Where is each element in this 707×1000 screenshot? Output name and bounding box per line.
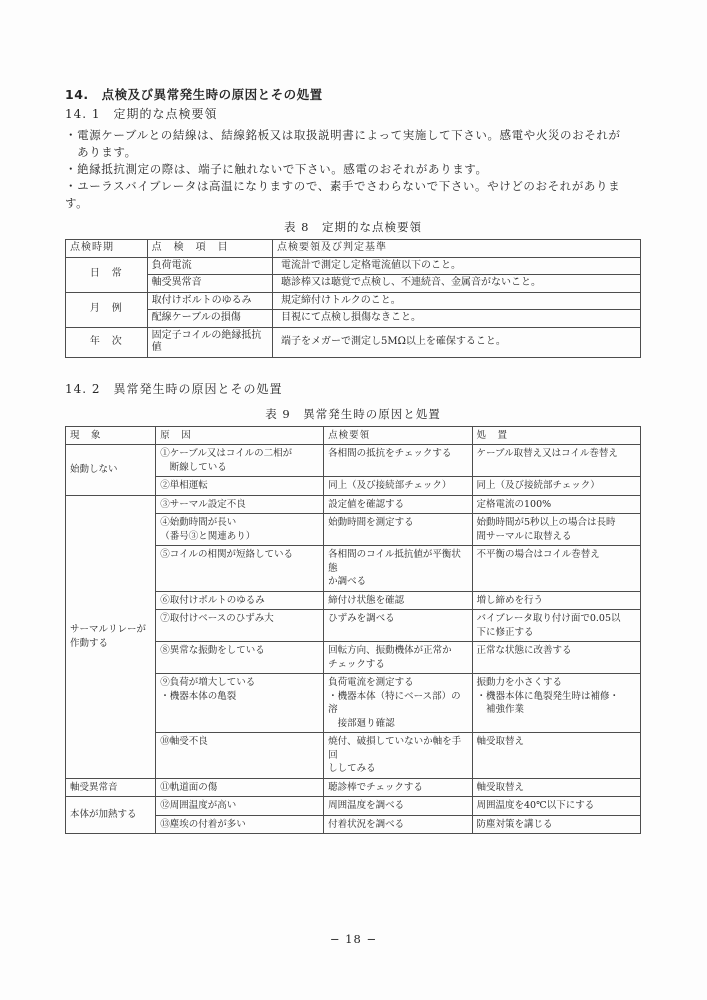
t8-header-timing: 点検時期 (66, 240, 148, 258)
table-row: 軸受異常音 ⑪軌道面の傷 聴診棒でチェックする 軸受取替え (66, 778, 641, 797)
precaution-item: ・ユーラスバイブレータは高温になりますので、素手でさわらないで下さい。やけどのお… (65, 178, 641, 212)
table-header-row: 点検時期 点 検 項 目 点検要領及び判定基準 (66, 240, 641, 258)
t9-check-cell: 負荷電流を測定する ・機器本体（特にベース部）の溶 接部廻り確認 (324, 674, 472, 733)
precaution-list: ・電源ケーブルとの結線は、結線銘板又は取扱説明書によって実施して下さい。感電や火… (65, 127, 641, 212)
t9-cause-cell: ⑦取付けベースのひずみ大 (156, 610, 324, 642)
t9-header-phenomenon: 現 象 (66, 426, 156, 445)
table9-caption: 表 9 異常発生時の原因と処置 (65, 406, 641, 423)
t9-action-cell: 正常な状態に改善する (472, 642, 641, 674)
table-row: 配線ケーブルの損傷 目視にて点検し損傷なきこと。 (66, 310, 641, 328)
precaution-item: ・絶縁抵抗測定の際は、端子に触れないで下さい。感電のおそれがあります。 (65, 161, 641, 178)
t9-action-cell: 同上（及び接続部チェック） (472, 477, 641, 496)
t9-action-cell: 増し締めを行う (472, 591, 641, 610)
t8-header-item: 点 検 項 目 (147, 240, 272, 258)
t9-check-cell: 聴診棒でチェックする (324, 778, 472, 797)
t8-timing-yearly: 年 次 (66, 327, 148, 357)
subsection-heading-14-2: 14. 2 異常発生時の原因とその処置 (65, 380, 641, 398)
table-row: 月 例 取付けボルトのゆるみ 規定締付けトルクのこと。 (66, 292, 641, 310)
t8-item-cell: 負荷電流 (147, 257, 272, 275)
t9-check-cell: 設定値を確認する (324, 495, 472, 514)
t9-action-cell: バイブレータ取り付け面で0.05以 下に修正する (472, 610, 641, 642)
t9-cause-cell: ②単相運転 (156, 477, 324, 496)
t9-phenomenon-no-start: 始動しない (66, 445, 156, 496)
t8-timing-daily: 日 常 (66, 257, 148, 292)
t9-cause-cell: ④始動時間が長い （番号③と関連あり） (156, 514, 324, 546)
table-header-row: 現 象 原 因 点検要領 処 置 (66, 426, 641, 445)
t9-check-cell: 回転方向、振動機体が正常か チェックする (324, 642, 472, 674)
table-row: 年 次 固定子コイルの絶縁抵抗値 端子をメガーで測定し5MΩ以上を確保すること。 (66, 327, 641, 357)
troubleshooting-table: 現 象 原 因 点検要領 処 置 始動しない ①ケーブル又はコイルの二相が 断線… (65, 426, 641, 835)
t8-criteria-cell: 端子をメガーで測定し5MΩ以上を確保すること。 (272, 327, 640, 357)
table-row: 本体が加熱する ⑫周囲温度が高い 周囲温度を調べる 周囲温度を40℃以下にする (66, 797, 641, 816)
t9-check-cell: 締付け状態を確認 (324, 591, 472, 610)
t9-header-cause: 原 因 (156, 426, 324, 445)
precaution-item: ・電源ケーブルとの結線は、結線銘板又は取扱説明書によって実施して下さい。感電や火… (65, 127, 641, 161)
t9-cause-cell: ⑫周囲温度が高い (156, 797, 324, 816)
t8-criteria-cell: 目視にて点検し損傷なきこと。 (272, 310, 640, 328)
subsection-heading-14-1: 14. 1 定期的な点検要領 (65, 105, 641, 123)
t9-header-action: 処 置 (472, 426, 641, 445)
t9-cause-cell: ⑤コイルの相関が短絡している (156, 546, 324, 592)
t9-check-cell: 付着状況を調べる (324, 815, 472, 834)
t9-cause-cell: ⑧異常な振動をしている (156, 642, 324, 674)
t9-check-cell: 各相間のコイル抵抗値が平衡状態 か調べる (324, 546, 472, 592)
t9-action-cell: 防塵対策を講じる (472, 815, 641, 834)
periodic-inspection-table: 点検時期 点 検 項 目 点検要領及び判定基準 日 常 負荷電流 電流計で測定し… (65, 239, 641, 358)
t9-header-check: 点検要領 (324, 426, 472, 445)
table-row: 日 常 負荷電流 電流計で測定し定格電流値以下のこと。 (66, 257, 641, 275)
t9-action-cell: 軸受取替え (472, 733, 641, 779)
t9-action-cell: 不平衡の場合はコイル巻替え (472, 546, 641, 592)
t9-cause-cell: ⑩軸受不良 (156, 733, 324, 779)
t9-cause-cell: ⑥取付けボルトのゆるみ (156, 591, 324, 610)
t9-cause-cell: ⑨負荷が増大している ・機器本体の亀裂 (156, 674, 324, 733)
t9-phenomenon-thermal-relay: サーマルリレーが 作動する (66, 495, 156, 778)
t9-check-cell: 周囲温度を調べる (324, 797, 472, 816)
t8-item-cell: 固定子コイルの絶縁抵抗値 (147, 327, 272, 357)
t8-header-criteria: 点検要領及び判定基準 (272, 240, 640, 258)
t9-check-cell: 始動時間を測定する (324, 514, 472, 546)
t9-action-cell: 周囲温度を40℃以下にする (472, 797, 641, 816)
t9-check-cell: 焼付、破損していないか軸を手回 ししてみる (324, 733, 472, 779)
table-row: 始動しない ①ケーブル又はコイルの二相が 断線している 各相間の抵抗をチェックす… (66, 445, 641, 477)
t9-cause-cell: ①ケーブル又はコイルの二相が 断線している (156, 445, 324, 477)
table-row: サーマルリレーが 作動する ③サーマル設定不良 設定値を確認する 定格電流の10… (66, 495, 641, 514)
t9-phenomenon-overheating: 本体が加熱する (66, 797, 156, 834)
t9-check-cell: 各相間の抵抗をチェックする (324, 445, 472, 477)
t8-criteria-cell: 電流計で測定し定格電流値以下のこと。 (272, 257, 640, 275)
t8-item-cell: 配線ケーブルの損傷 (147, 310, 272, 328)
t9-action-cell: 定格電流の100% (472, 495, 641, 514)
t9-cause-cell: ⑬塵埃の付着が多い (156, 815, 324, 834)
section-heading: 14. 点検及び異常発生時の原因とその処置 (65, 86, 641, 104)
t9-phenomenon-bearing-noise: 軸受異常音 (66, 778, 156, 797)
t8-timing-monthly: 月 例 (66, 292, 148, 327)
t9-check-cell: ひずみを調べる (324, 610, 472, 642)
t9-action-cell: ケーブル取替え又はコイル巻替え (472, 445, 641, 477)
document-page: 14. 点検及び異常発生時の原因とその処置 14. 1 定期的な点検要領 ・電源… (0, 0, 707, 1000)
t9-action-cell: 始動時間が5秒以上の場合は長時 間サーマルに取替える (472, 514, 641, 546)
t9-cause-cell: ⑪軌道面の傷 (156, 778, 324, 797)
t9-cause-cell: ③サーマル設定不良 (156, 495, 324, 514)
page-content: 14. 点検及び異常発生時の原因とその処置 14. 1 定期的な点検要領 ・電源… (65, 86, 641, 834)
t8-item-cell: 取付けボルトのゆるみ (147, 292, 272, 310)
t9-check-cell: 同上（及び接続部チェック） (324, 477, 472, 496)
t9-action-cell: 軸受取替え (472, 778, 641, 797)
t8-criteria-cell: 規定締付けトルクのこと。 (272, 292, 640, 310)
t8-item-cell: 軸受異常音 (147, 275, 272, 293)
page-number: − 18 − (0, 932, 707, 946)
table-row: 軸受異常音 聴診棒又は聴覚で点検し、不連続音、金属音がないこと。 (66, 275, 641, 293)
table8-caption: 表 8 定期的な点検要領 (65, 219, 641, 236)
t9-action-cell: 振動力を小さくする ・機器本体に亀裂発生時は補修・ 補強作業 (472, 674, 641, 733)
t8-criteria-cell: 聴診棒又は聴覚で点検し、不連続音、金属音がないこと。 (272, 275, 640, 293)
